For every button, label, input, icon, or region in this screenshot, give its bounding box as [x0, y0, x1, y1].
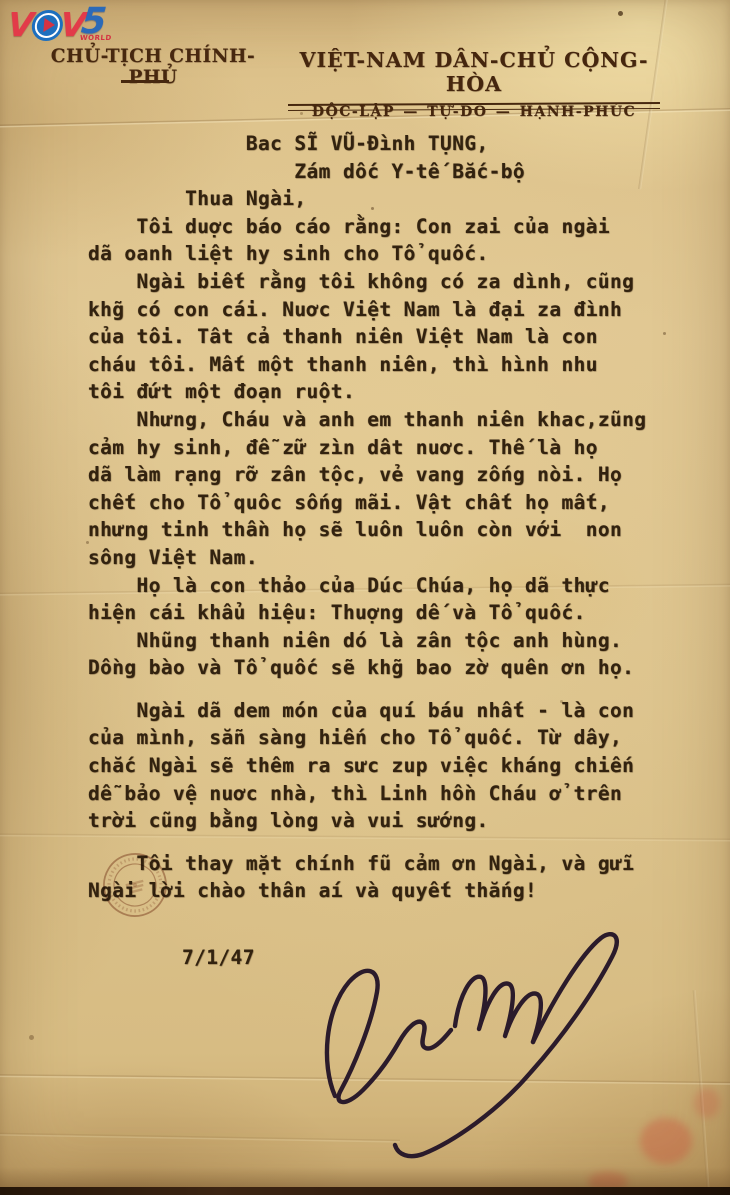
typed-line: tôi đứt một đoạn ruột.: [88, 378, 708, 406]
typed-line: dễ bảo vệ nuơc nhà, thì Linh hồn Cháu ở …: [88, 780, 708, 808]
vov5-logo: V V 5 WORLD: [6, 6, 114, 42]
typed-line: Bac SĨ VŨ-Đình TỤNG,: [88, 130, 708, 158]
logo-letter-v: V: [7, 8, 32, 41]
typed-line: Họ là con thảo của Dúc Chúa, họ dã thực: [88, 572, 708, 600]
letter-date: 7/1/47: [182, 946, 255, 969]
logo-world-label: WORLD: [80, 34, 113, 42]
typed-line: hiện cái khẩu hiệu: Thuợng dế và Tổ quốc…: [88, 599, 708, 627]
scanned-letter-page: V V 5 WORLD CHỦ-TỊCH CHÍNH-PHỦ VIỆT-NAM …: [0, 0, 730, 1195]
typed-line: cháu tôi. Mất một thanh niên, thì hình n…: [88, 351, 708, 379]
paper-specks: [0, 0, 3, 3]
typed-line: của mình, sẵn sàng hiến cho Tổ quốc. Từ …: [88, 724, 708, 752]
typed-line: dã làm rạng rỡ zân tộc, vẻ vang zống nòi…: [88, 461, 708, 489]
typed-line: Tôi duợc báo cáo rằng: Con zai của ngài: [88, 213, 708, 241]
typed-line: khg̃ có con cái. Nuơc Việt Nam là đại za…: [88, 296, 708, 324]
letterhead-country-title: VIỆT-NAM DÂN-CHỦ CỘNG-HÒA: [288, 48, 660, 96]
typed-line: chết cho Tổ quôc sống mãi. Vật chất họ m…: [88, 489, 708, 517]
typed-line: Ngài biết rằng tôi không có za dình, cũn…: [88, 268, 708, 296]
typed-line: Zám dốc Y-tế Bắc-bộ: [88, 158, 708, 186]
typed-line: của tôi. Tât cả thanh niên Việt Nam là c…: [88, 323, 708, 351]
typed-line: Tôi thay mặt chính fũ cảm ơn Ngài, và gư…: [88, 850, 708, 878]
typed-letter-body: Bac SĨ VŨ-Đình TỤNG, Zám dốc Y-tế Bắc-bộ…: [88, 130, 708, 905]
typed-line: nhưng tinh thần họ sẽ luôn luôn còn với …: [88, 516, 708, 544]
play-triangle-icon: [43, 18, 55, 32]
typed-line: [88, 835, 708, 850]
typed-line: [88, 682, 708, 697]
paper-crease: [693, 990, 711, 1195]
typed-line: Dồng bào và Tổ quốc sẽ khg̃ bao zờ quên …: [88, 654, 708, 682]
typed-line: Thua Ngài,: [88, 185, 708, 213]
letterhead-left-underline: [121, 80, 169, 83]
typed-line: Ngài dã dem món của quí báu nhất - là co…: [88, 697, 708, 725]
typed-line: cảm hy sinh, đễ zữ zìn dât nuơc. Thế là …: [88, 434, 708, 462]
logo-five-block: 5 WORLD: [80, 6, 115, 42]
typed-line: Nhũng thanh niên dó là zân tộc anh hùng.: [88, 627, 708, 655]
red-ink-smudge: [694, 1088, 720, 1118]
typed-line: dã oanh liệt hy sinh cho Tổ quốc.: [88, 240, 708, 268]
typed-line: Nhưng, Cháu và anh em thanh niên khac,zũ…: [88, 406, 708, 434]
typed-line: Ngài lời chào thân aí và quyết thắng!: [88, 877, 708, 905]
bottom-shadow: [0, 1167, 730, 1187]
typed-line: chắc Ngài sẽ thêm ra sưc zup việc kháng …: [88, 752, 708, 780]
typed-line: sông Việt Nam.: [88, 544, 708, 572]
photo-bottom-edge: [0, 1187, 730, 1195]
signature-ho-chi-minh: [305, 926, 665, 1178]
typed-line: trời cũng bằng lòng và vui sướng.: [88, 807, 708, 835]
